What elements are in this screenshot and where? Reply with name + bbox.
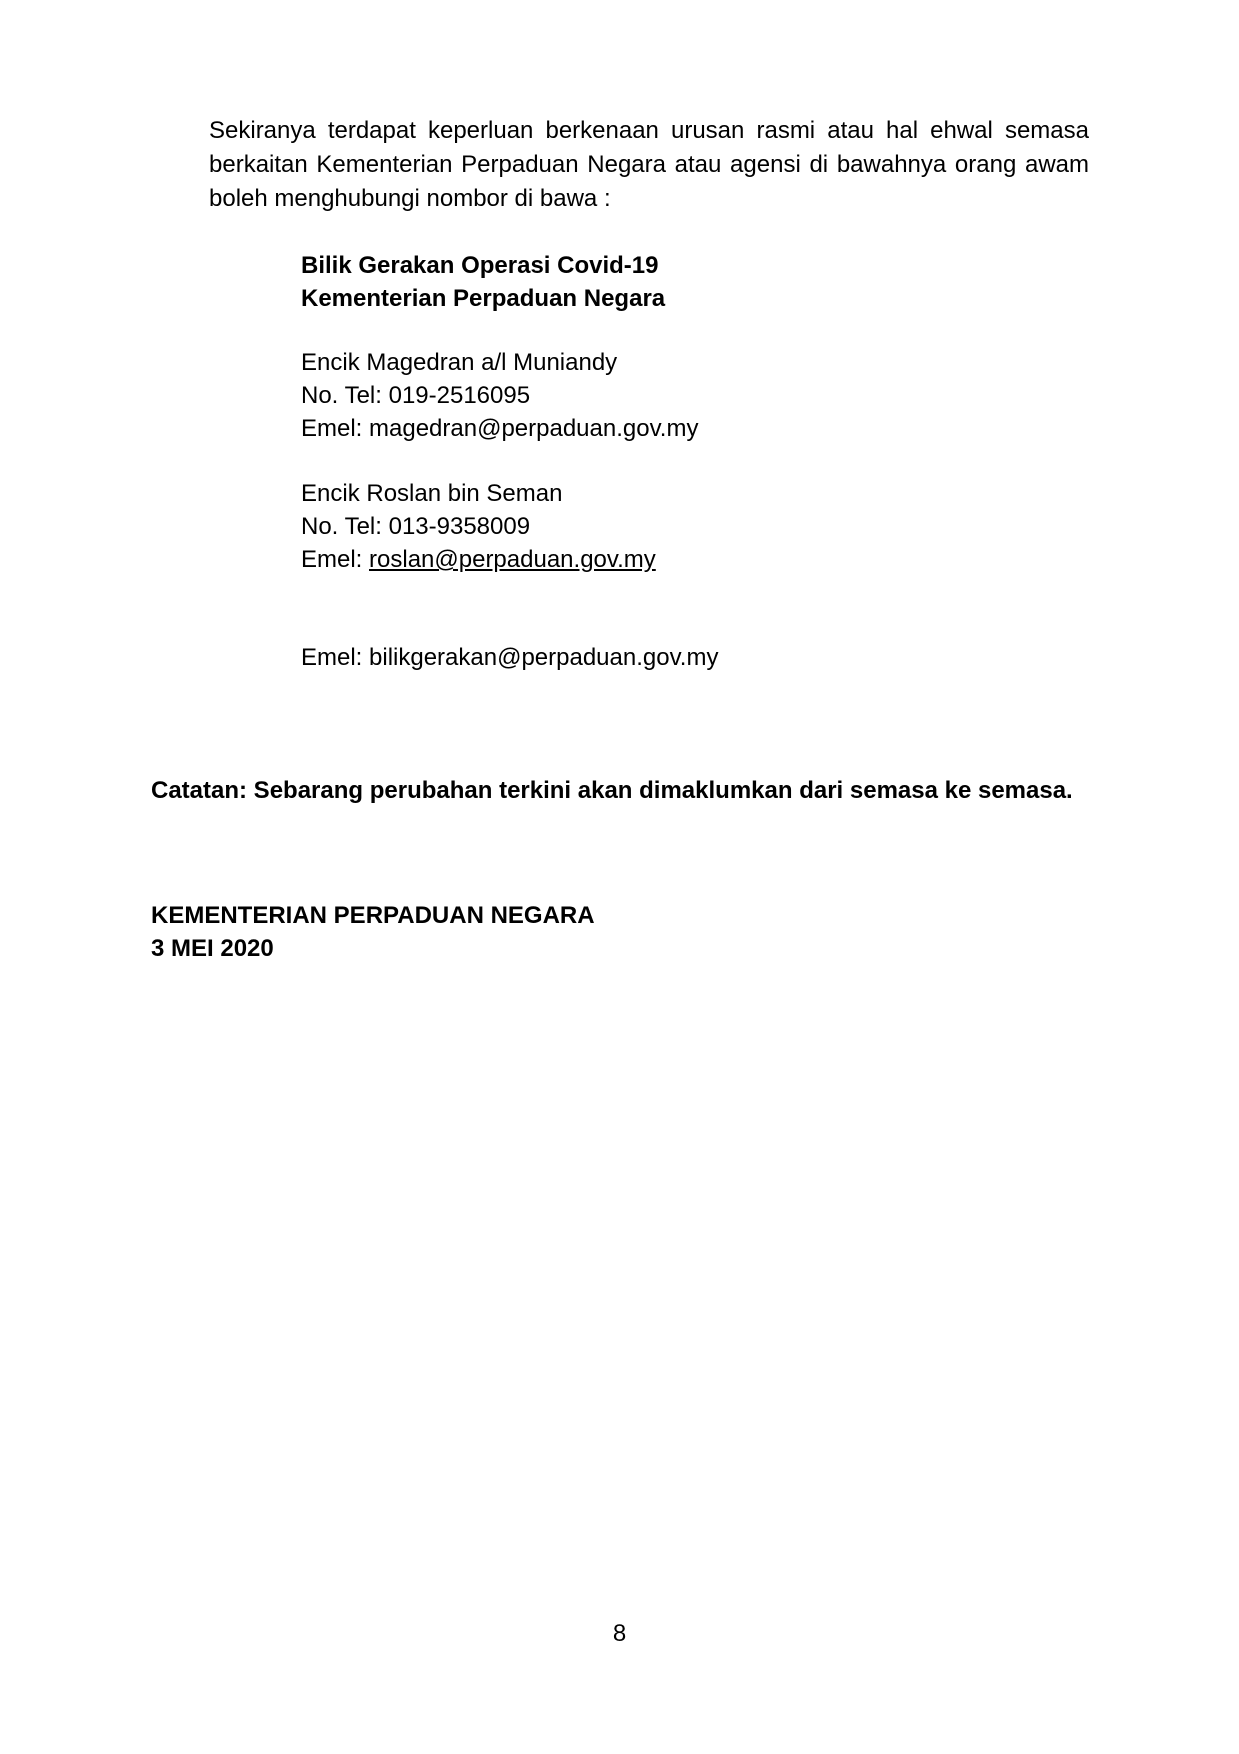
contact-heading-line1: Bilik Gerakan Operasi Covid-19	[301, 249, 665, 282]
contact-name: Encik Roslan bin Seman	[301, 477, 656, 510]
intro-paragraph: Sekiranya terdapat keperluan berkenaan u…	[209, 114, 1089, 216]
contact-email-row: Emel: roslan@perpaduan.gov.my	[301, 543, 656, 576]
email-label: Emel:	[301, 546, 369, 573]
contact-heading-line2: Kementerian Perpaduan Negara	[301, 282, 665, 315]
note-text: Catatan: Sebarang perubahan terkini akan…	[151, 777, 1089, 805]
general-email: bilikgerakan@perpaduan.gov.my	[369, 644, 718, 671]
signature-date: 3 MEI 2020	[151, 932, 595, 965]
email-label: Emel:	[301, 415, 369, 442]
contact-email-link[interactable]: roslan@perpaduan.gov.my	[369, 546, 656, 573]
contact-email-row: Emel: magedran@perpaduan.gov.my	[301, 412, 698, 445]
email-label: Emel:	[301, 644, 369, 671]
contact-email: magedran@perpaduan.gov.my	[369, 415, 698, 442]
signature-org: KEMENTERIAN PERPADUAN NEGARA	[151, 899, 595, 932]
contact-tel: No. Tel: 013-9358009	[301, 510, 656, 543]
contact-magedran: Encik Magedran a/l Muniandy No. Tel: 019…	[301, 346, 698, 445]
contact-tel: No. Tel: 019-2516095	[301, 379, 698, 412]
signature: KEMENTERIAN PERPADUAN NEGARA 3 MEI 2020	[151, 899, 595, 965]
general-email-row: Emel: bilikgerakan@perpaduan.gov.my	[301, 641, 718, 674]
page-number: 8	[0, 1620, 1239, 1648]
contact-name: Encik Magedran a/l Muniandy	[301, 346, 698, 379]
contact-heading: Bilik Gerakan Operasi Covid-19 Kementeri…	[301, 249, 665, 315]
contact-roslan: Encik Roslan bin Seman No. Tel: 013-9358…	[301, 477, 656, 576]
